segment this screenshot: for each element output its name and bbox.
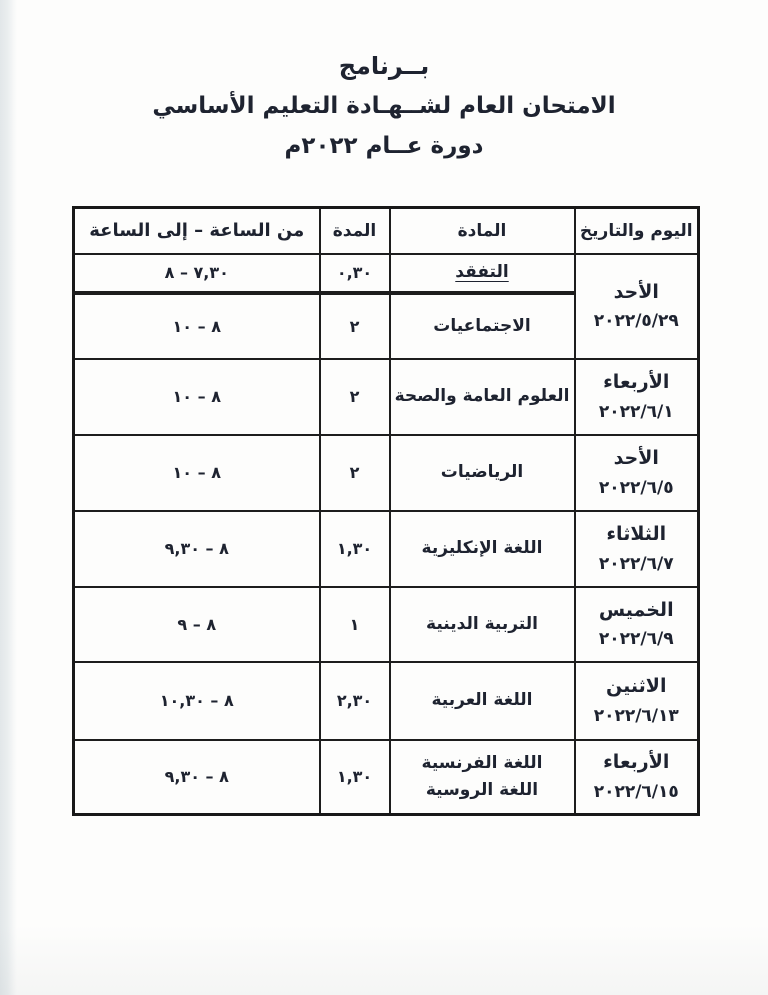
day-name: الثلاثاء xyxy=(578,523,696,547)
day-name: الأربعاء xyxy=(578,751,696,775)
duration-cell: ٠,٣٠ xyxy=(320,254,390,293)
time-cell: ٨ – ٩,٣٠ xyxy=(74,740,320,815)
duration-cell: ٢,٣٠ xyxy=(320,662,390,740)
date-value: ٢٠٢٢/٥/٢٩ xyxy=(578,311,696,331)
title-line-session-year: دورة عــام ٢٠٢٢م xyxy=(0,126,768,166)
duration-cell: ٢ xyxy=(320,435,390,511)
subject-name: اللغة الإنكليزية xyxy=(393,535,572,561)
document-title-block: بــرنامج الامتحان العام لشــهـادة التعلي… xyxy=(0,46,768,166)
day-date-cell: الخميس٢٠٢٢/٦/٩ xyxy=(575,587,699,662)
duration-cell: ٢ xyxy=(320,359,390,435)
day-name: الأحد xyxy=(578,281,696,305)
title-line-program: بــرنامج xyxy=(0,46,768,86)
day-date-cell: الأحد٢٠٢٢/٦/٥ xyxy=(575,435,699,511)
table-row: الأحد٢٠٢٢/٥/٢٩التفقد٠,٣٠٧,٣٠ – ٨ xyxy=(74,254,699,293)
col-header-time: من الساعة – إلى الساعة xyxy=(74,208,320,254)
duration-cell: ١ xyxy=(320,587,390,662)
subject-name: التفقد xyxy=(393,259,572,285)
day-date-cell: الأربعاء٢٠٢٢/٦/١٥ xyxy=(575,740,699,815)
date-value: ٢٠٢٢/٦/١ xyxy=(578,402,696,422)
table-row: الثلاثاء٢٠٢٢/٦/٧اللغة الإنكليزية١,٣٠٨ – … xyxy=(74,511,699,587)
subject-cell: التربية الدينية xyxy=(390,587,575,662)
time-cell: ٨ – ١٠ xyxy=(74,293,320,359)
subject-cell: الرياضيات xyxy=(390,435,575,511)
subject-cell: العلوم العامة والصحة xyxy=(390,359,575,435)
table-row: الأحد٢٠٢٢/٦/٥الرياضيات٢٨ – ١٠ xyxy=(74,435,699,511)
col-header-day-date: اليوم والتاريخ xyxy=(575,208,699,254)
table-row: الأربعاء٢٠٢٢/٦/١العلوم العامة والصحة٢٨ –… xyxy=(74,359,699,435)
time-cell: ٧,٣٠ – ٨ xyxy=(74,254,320,293)
header-row: اليوم والتاريخ المادة المدة من الساعة – … xyxy=(74,208,699,254)
scanned-exam-schedule-page: { "page": { "title_lines": [ "بــرنامج",… xyxy=(0,0,768,995)
date-value: ٢٠٢٢/٦/٧ xyxy=(578,554,696,574)
subject-name: اللغة الروسية xyxy=(393,777,572,803)
duration-cell: ٢ xyxy=(320,293,390,359)
date-value: ٢٠٢٢/٦/١٣ xyxy=(578,706,696,726)
date-value: ٢٠٢٢/٦/١٥ xyxy=(578,782,696,802)
time-cell: ٨ – ٩,٣٠ xyxy=(74,511,320,587)
subject-name: التربية الدينية xyxy=(393,611,572,637)
day-date-cell: الاثنين٢٠٢٢/٦/١٣ xyxy=(575,662,699,740)
subject-name: اللغة الفرنسية xyxy=(393,750,572,776)
subject-cell: اللغة الفرنسيةاللغة الروسية xyxy=(390,740,575,815)
subject-name: الرياضيات xyxy=(393,459,572,485)
subject-name: الاجتماعيات xyxy=(393,313,572,339)
table-row: الاثنين٢٠٢٢/٦/١٣اللغة العربية٢,٣٠٨ – ١٠,… xyxy=(74,662,699,740)
date-value: ٢٠٢٢/٦/٩ xyxy=(578,629,696,649)
table-row: الأربعاء٢٠٢٢/٦/١٥اللغة الفرنسيةاللغة الر… xyxy=(74,740,699,815)
exam-schedule-table: اليوم والتاريخ المادة المدة من الساعة – … xyxy=(72,206,700,816)
day-name: الاثنين xyxy=(578,675,696,699)
subject-name: العلوم العامة والصحة xyxy=(393,383,572,409)
scan-bottom-shadow xyxy=(0,925,768,995)
col-header-subject: المادة xyxy=(390,208,575,254)
subject-cell: اللغة الإنكليزية xyxy=(390,511,575,587)
table-row: الخميس٢٠٢٢/٦/٩التربية الدينية١٨ – ٩ xyxy=(74,587,699,662)
time-cell: ٨ – ١٠ xyxy=(74,359,320,435)
day-date-cell: الأحد٢٠٢٢/٥/٢٩ xyxy=(575,254,699,359)
day-name: الأحد xyxy=(578,447,696,471)
subject-cell: التفقد xyxy=(390,254,575,293)
day-name: الأربعاء xyxy=(578,371,696,395)
subject-name: اللغة العربية xyxy=(393,687,572,713)
day-name: الخميس xyxy=(578,599,696,623)
day-date-cell: الأربعاء٢٠٢٢/٦/١ xyxy=(575,359,699,435)
duration-cell: ١,٣٠ xyxy=(320,740,390,815)
col-header-duration: المدة xyxy=(320,208,390,254)
title-line-exam-name: الامتحان العام لشــهـادة التعليم الأساسي xyxy=(0,86,768,126)
time-cell: ٨ – ١٠,٣٠ xyxy=(74,662,320,740)
day-date-cell: الثلاثاء٢٠٢٢/٦/٧ xyxy=(575,511,699,587)
subject-cell: الاجتماعيات xyxy=(390,293,575,359)
date-value: ٢٠٢٢/٦/٥ xyxy=(578,478,696,498)
duration-cell: ١,٣٠ xyxy=(320,511,390,587)
subject-cell: اللغة العربية xyxy=(390,662,575,740)
time-cell: ٨ – ١٠ xyxy=(74,435,320,511)
time-cell: ٨ – ٩ xyxy=(74,587,320,662)
